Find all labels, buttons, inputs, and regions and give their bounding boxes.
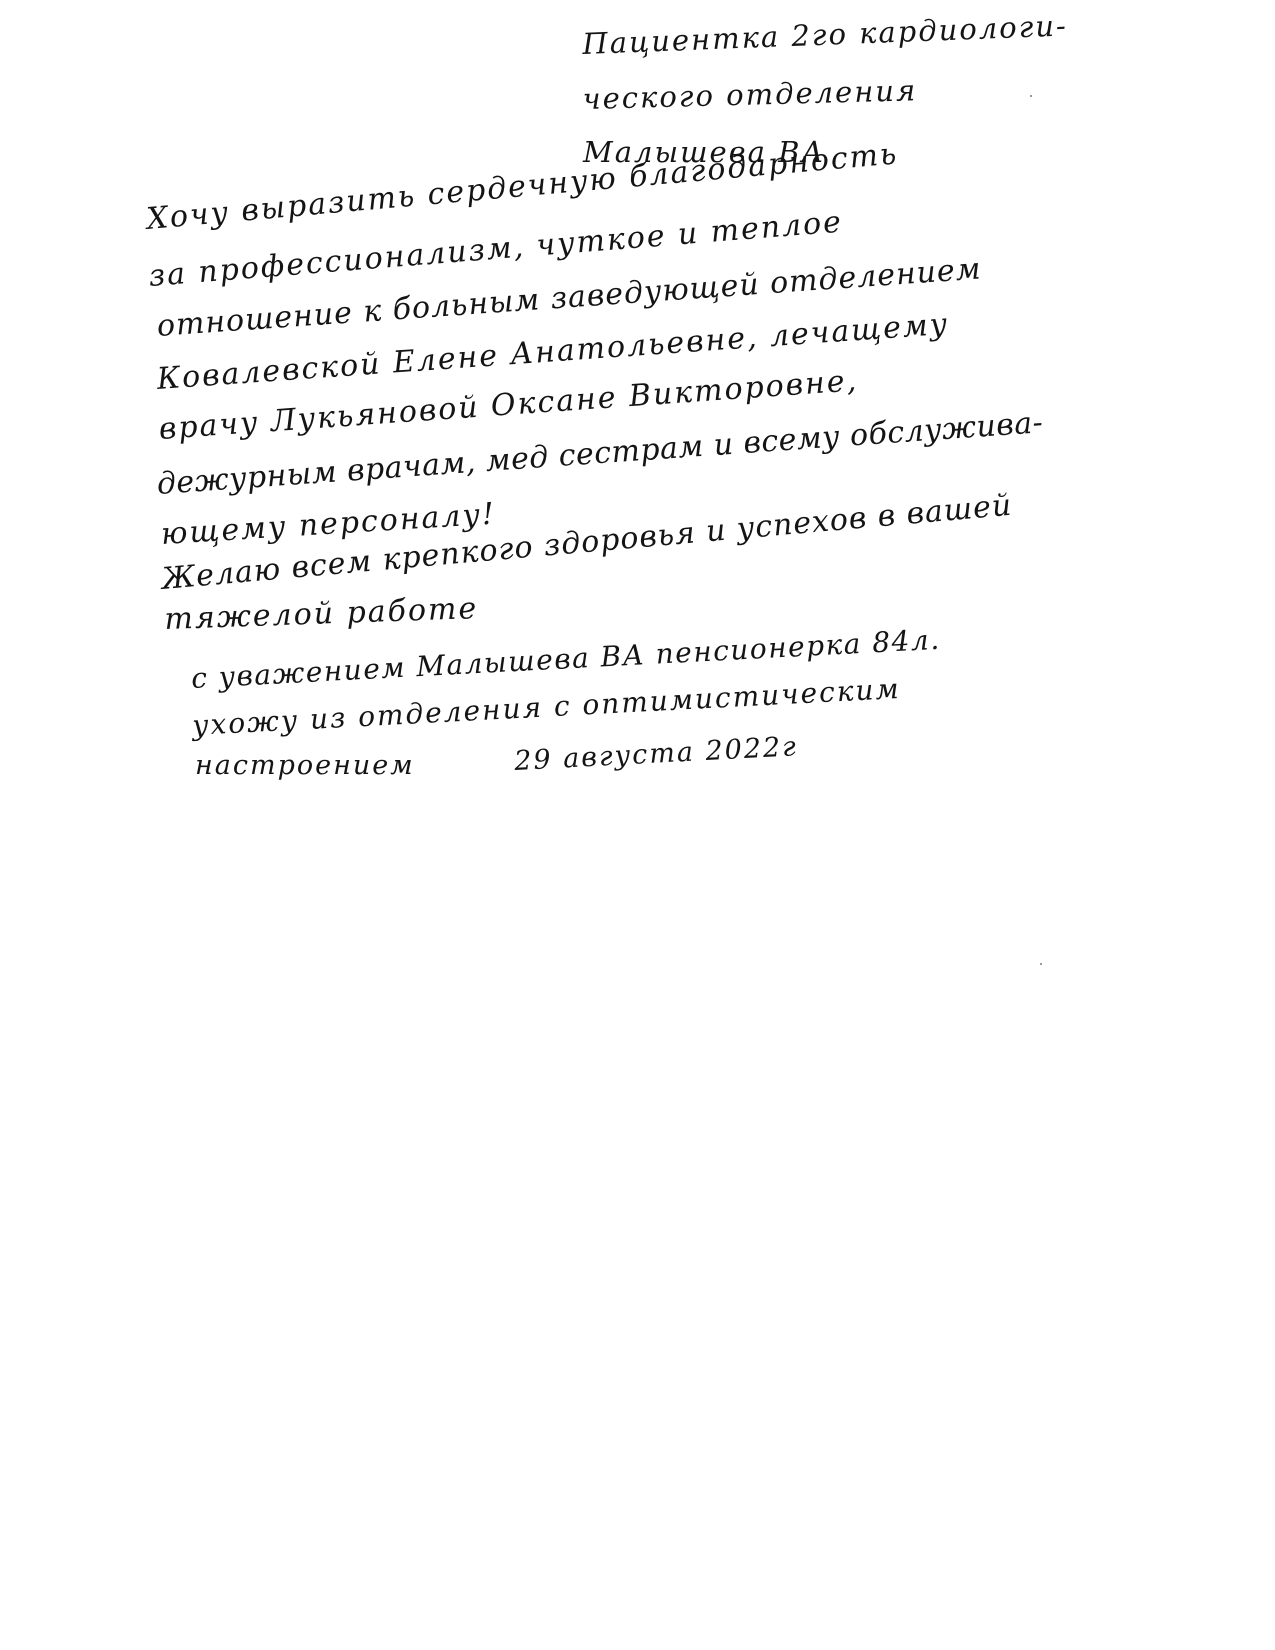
header-line-patient: Пациентка 2го кардиологи- bbox=[582, 11, 1068, 59]
header-line-department: ческого отделения bbox=[582, 76, 917, 114]
scan-artifact bbox=[1040, 963, 1042, 965]
letter-date: 29 августа 2022г bbox=[514, 733, 799, 775]
scan-artifact bbox=[1030, 95, 1032, 97]
scanned-letter-page: Пациентка 2го кардиологи- ческого отделе… bbox=[0, 0, 1275, 1650]
body-line: тяжелой работе bbox=[164, 594, 479, 635]
closing-line: настроением bbox=[195, 752, 415, 779]
